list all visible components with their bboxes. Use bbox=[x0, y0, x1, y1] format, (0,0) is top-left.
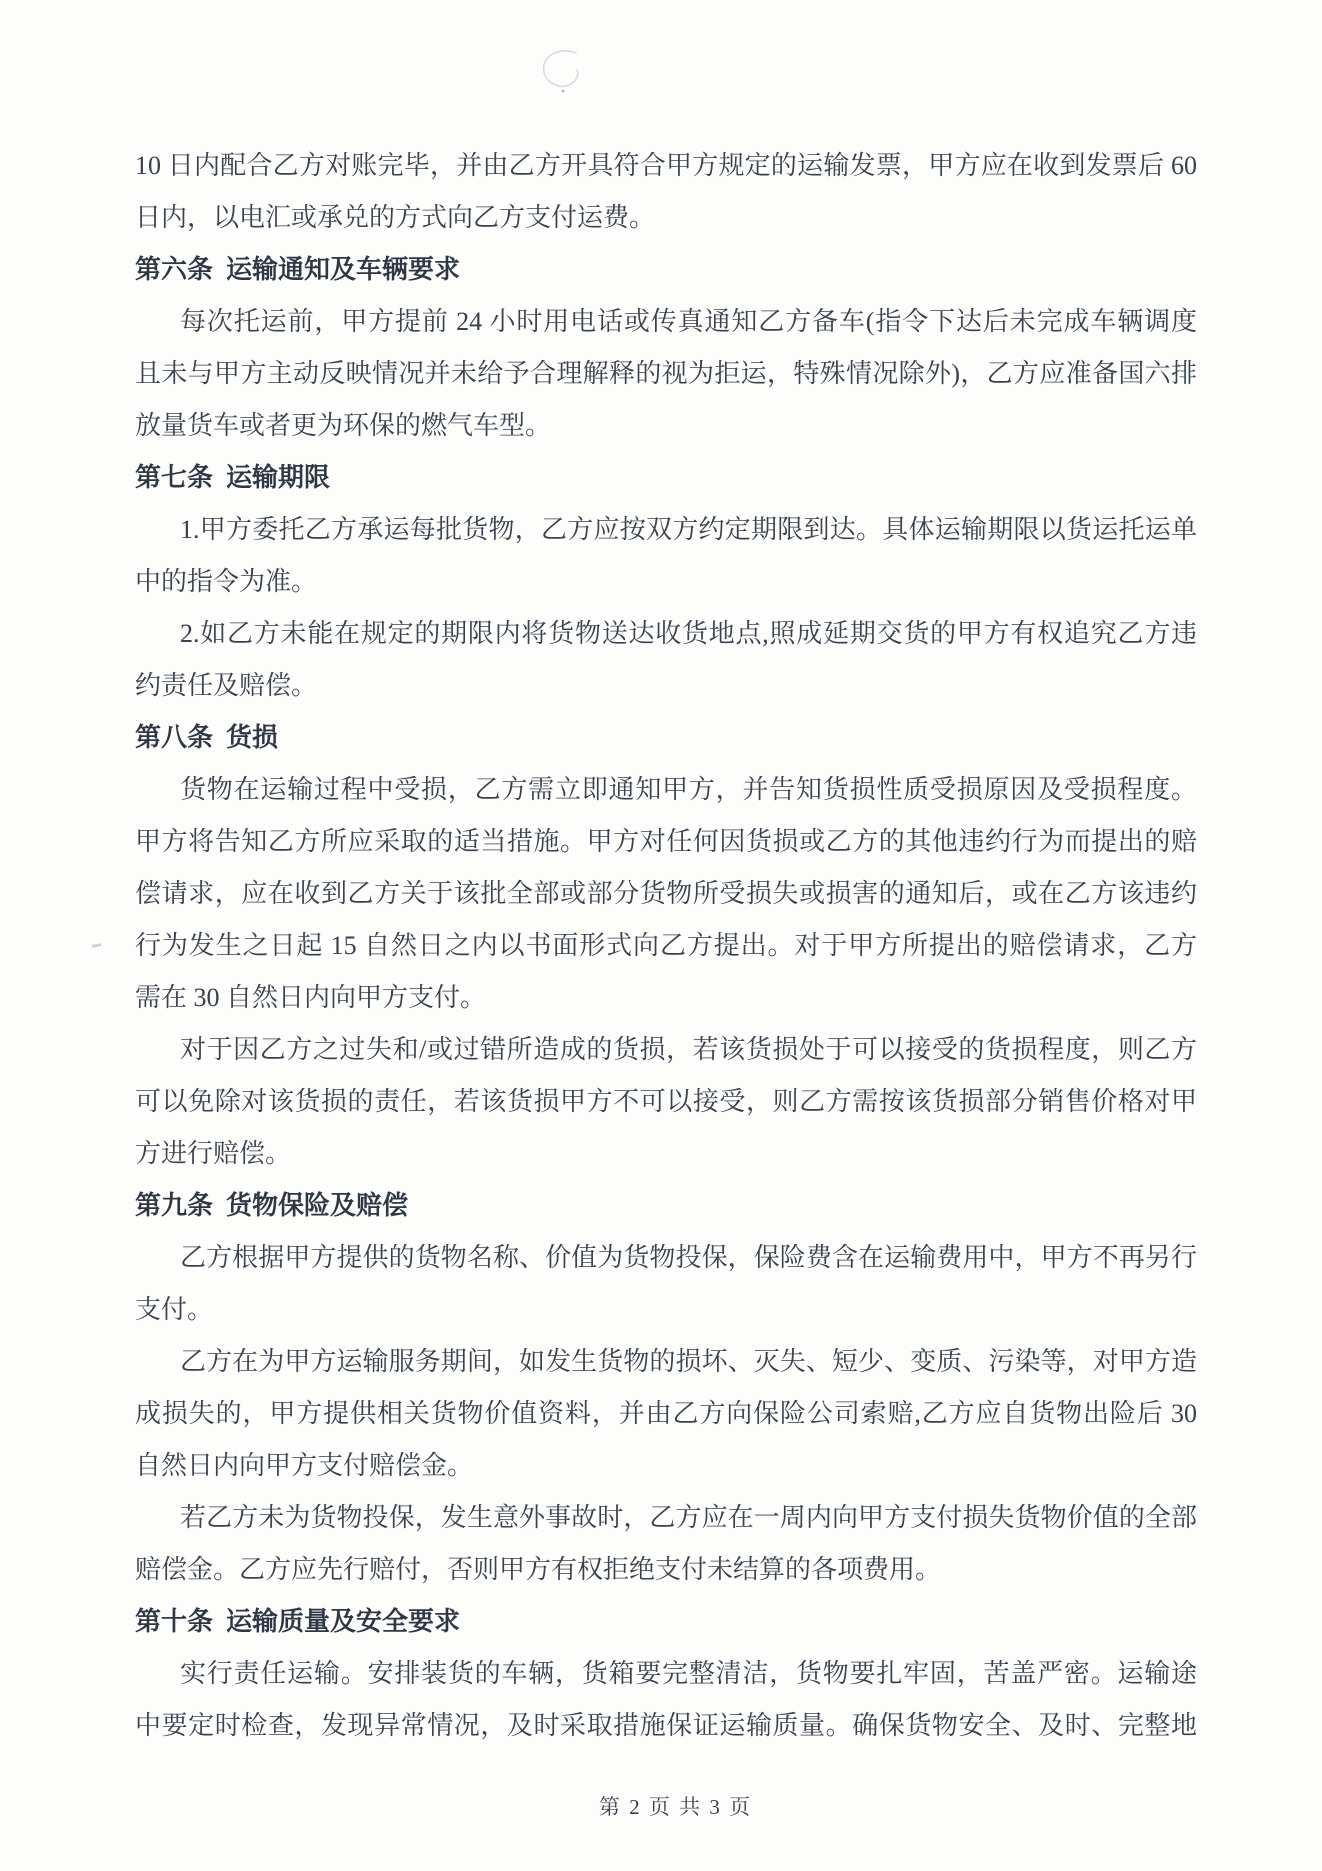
document-page: 10 日内配合乙方对账完毕，并由乙方开具符合甲方规定的运输发票，甲方应在收到发票… bbox=[0, 0, 1322, 1871]
clause-heading: 第七条 运输期限 bbox=[135, 452, 1197, 504]
document-line: 约责任及赔偿。 bbox=[135, 660, 1197, 712]
document-line: 成损失的，甲方提供相关货物价值资料，并由乙方向保险公司索赔,乙方应自货物出险后 … bbox=[135, 1388, 1197, 1440]
scan-speck-artifact bbox=[92, 943, 101, 948]
document-line: 乙方在为甲方运输服务期间，如发生货物的损坏、灭失、短少、变质、污染等，对甲方造 bbox=[135, 1336, 1197, 1388]
document-line: 乙方根据甲方提供的货物名称、价值为货物投保，保险费含在运输费用中，甲方不再另行 bbox=[135, 1232, 1197, 1284]
clause-heading: 第八条 货损 bbox=[135, 712, 1197, 764]
document-line: 1.甲方委托乙方承运每批货物，乙方应按双方约定期限到达。具体运输期限以货运托运单 bbox=[135, 504, 1197, 556]
document-line: 10 日内配合乙方对账完毕，并由乙方开具符合甲方规定的运输发票，甲方应在收到发票… bbox=[135, 140, 1197, 192]
document-line: 甲方将告知乙方所应采取的适当措施。甲方对任何因货损或乙方的其他违约行为而提出的赔 bbox=[135, 816, 1197, 868]
page-number: 第 2 页 共 3 页 bbox=[599, 1795, 752, 1819]
document-line: 若乙方未为货物投保，发生意外事故时，乙方应在一周内向甲方支付损失货物价值的全部 bbox=[135, 1492, 1197, 1544]
document-line: 可以免除对该货损的责任，若该货损甲方不可以接受，则乙方需按该货损部分销售价格对甲 bbox=[135, 1076, 1197, 1128]
document-line: 自然日内向甲方支付赔偿金。 bbox=[135, 1440, 1197, 1492]
document-line: 每次托运前，甲方提前 24 小时用电话或传真通知乙方备车(指令下达后未完成车辆调… bbox=[135, 296, 1197, 348]
document-line: 方进行赔偿。 bbox=[135, 1128, 1197, 1180]
document-line: 日内，以电汇或承兑的方式向乙方支付运费。 bbox=[135, 192, 1197, 244]
document-line: 中要定时检查，发现异常情况，及时采取措施保证运输质量。确保货物安全、及时、完整地 bbox=[135, 1700, 1197, 1752]
document-line: 货物在运输过程中受损，乙方需立即通知甲方，并告知货损性质受损原因及受损程度。 bbox=[135, 764, 1197, 816]
clause-heading: 第九条 货物保险及赔偿 bbox=[135, 1180, 1197, 1232]
document-line: 且未与甲方主动反映情况并未给予合理解释的视为拒运，特殊情况除外)，乙方应准备国六… bbox=[135, 348, 1197, 400]
document-line: 需在 30 自然日内向甲方支付。 bbox=[135, 972, 1197, 1024]
document-line: 2.如乙方未能在规定的期限内将货物送达收货地点,照成延期交货的甲方有权追究乙方违 bbox=[135, 608, 1197, 660]
pen-stroke-artifact bbox=[536, 46, 588, 100]
clause-heading: 第十条 运输质量及安全要求 bbox=[135, 1596, 1197, 1648]
document-line: 行为发生之日起 15 自然日之内以书面形式向乙方提出。对于甲方所提出的赔偿请求，… bbox=[135, 920, 1197, 972]
document-line: 支付。 bbox=[135, 1284, 1197, 1336]
document-line: 赔偿金。乙方应先行赔付，否则甲方有权拒绝支付未结算的各项费用。 bbox=[135, 1544, 1197, 1596]
document-line: 放量货车或者更为环保的燃气车型。 bbox=[135, 400, 1197, 452]
document-line: 偿请求，应在收到乙方关于该批全部或部分货物所受损失或损害的通知后，或在乙方该违约 bbox=[135, 868, 1197, 920]
document-line: 实行责任运输。安排装货的车辆，货箱要完整清洁，货物要扎牢固，苦盖严密。运输途 bbox=[135, 1648, 1197, 1700]
document-body: 10 日内配合乙方对账完毕，并由乙方开具符合甲方规定的运输发票，甲方应在收到发票… bbox=[135, 140, 1197, 1752]
page-footer: 第 2 页 共 3 页 bbox=[0, 1766, 1322, 1846]
document-line: 对于因乙方之过失和/或过错所造成的货损，若该货损处于可以接受的货损程度，则乙方 bbox=[135, 1024, 1197, 1076]
clause-heading: 第六条 运输通知及车辆要求 bbox=[135, 244, 1197, 296]
document-line: 中的指令为准。 bbox=[135, 556, 1197, 608]
